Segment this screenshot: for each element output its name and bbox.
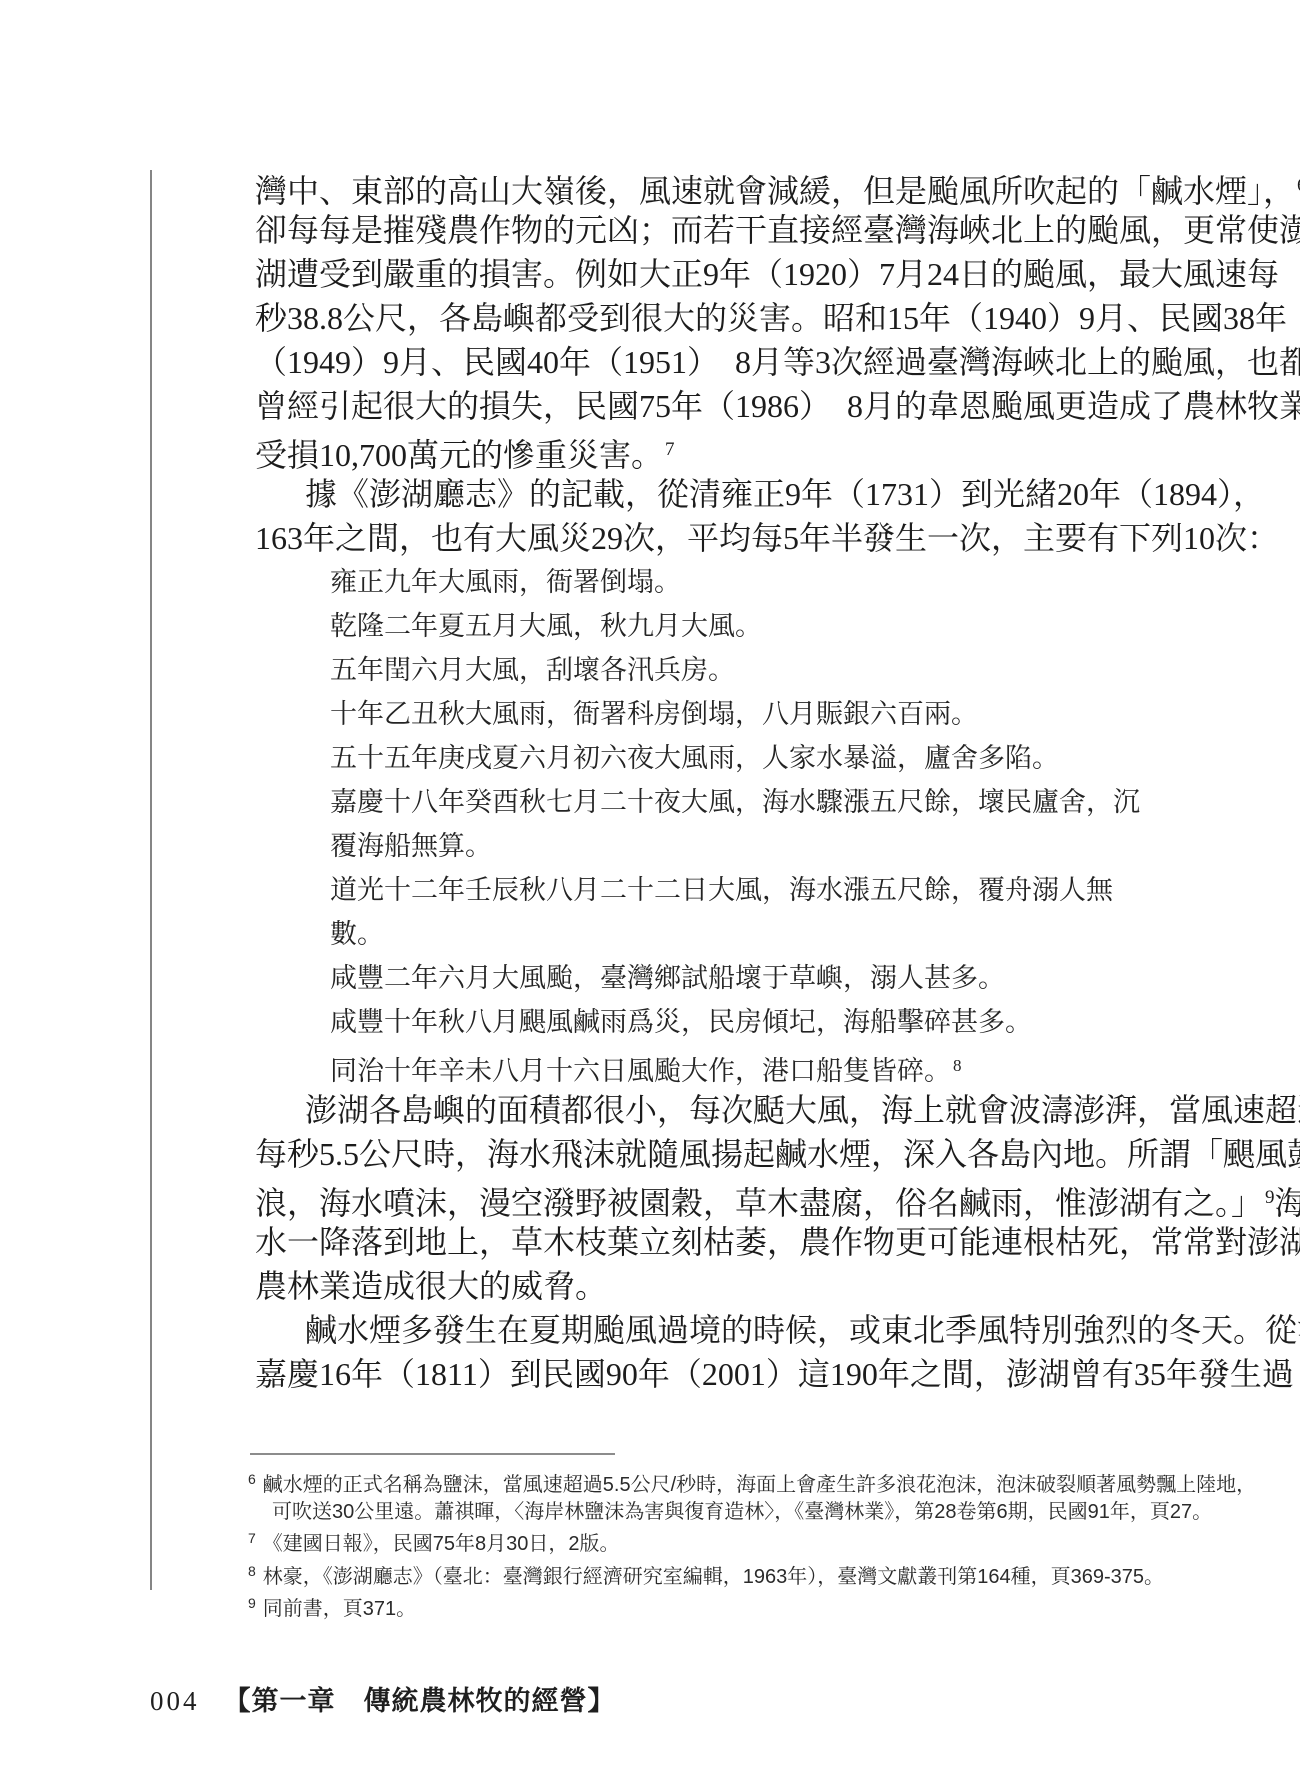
quote-line: 五十五年庚戌夏六月初六夜大風雨，人家水暴溢，廬舍多陷。 <box>255 736 1135 780</box>
text-line: （1949）9月、民國40年（1951） 8月等3次經過臺灣海峽北上的颱風，也都 <box>255 340 1135 384</box>
footnote-text: 可吹送30公里遠。蕭祺暉，〈海岸林鹽沫為害與復育造林〉，《臺灣林業》，第28卷第… <box>272 1501 1212 1523</box>
margin-rule <box>150 170 152 1590</box>
footnote-line: 7《建國日報》，民國75年8月30日，2版。 <box>248 1525 1208 1558</box>
text-line: 嘉慶16年（1811）到民國90年（2001）這190年之間，澎湖曾有35年發生… <box>255 1352 1135 1396</box>
text-line: 農林業造成很大的威脅。 <box>255 1264 1135 1308</box>
footnote-text: 同前書，頁371。 <box>263 1598 416 1620</box>
text-line: 卻每每是摧殘農作物的元凶；而若干直接經臺灣海峽北上的颱風，更常使澎 <box>255 208 1135 252</box>
text-line: 鹹水煙多發生在夏期颱風過境的時候，或東北季風特別強烈的冬天。從清 <box>255 1308 1135 1352</box>
chapter-title: 【第一章 傳統農林牧的經營】 <box>224 1679 616 1718</box>
text-line: 湖遭受到嚴重的損害。例如大正9年（1920）7月24日的颱風，最大風速每 <box>255 252 1135 296</box>
text-column: 灣中、東部的高山大嶺後，風速就會減緩，但是颱風所吹起的「鹹水煙」，6卻每每是摧殘… <box>255 164 1135 1396</box>
quote-line: 覆海船無算。 <box>255 824 1135 868</box>
text-line: 163年之間，也有大風災29次，平均每5年半發生一次，主要有下列10次： <box>255 516 1135 560</box>
footnote-line: 8林豪，《澎湖廳志》（臺北：臺灣銀行經濟研究室編輯，1963年），臺灣文獻叢刊第… <box>248 1558 1208 1591</box>
text-line: 水一降落到地上，草木枝葉立刻枯萎，農作物更可能連根枯死，常常對澎湖的 <box>255 1220 1135 1264</box>
text-line: 灣中、東部的高山大嶺後，風速就會減緩，但是颱風所吹起的「鹹水煙」，6 <box>255 164 1135 208</box>
text-line: 每秒5.5公尺時，海水飛沫就隨風揚起鹹水煙，深入各島內地。所謂「颶風鼓 <box>255 1132 1135 1176</box>
footnote-separator <box>250 1453 615 1455</box>
quote-line: 十年乙丑秋大風雨，衙署科房倒塌，八月賑銀六百兩。 <box>255 692 1135 736</box>
footnote-text: 鹹水煙的正式名稱為鹽沫，當風速超過5.5公尺/秒時，海面上會產生許多浪花泡沫，泡… <box>263 1474 1256 1496</box>
footnote-number: 9 <box>248 1595 256 1611</box>
footnote-text: 林豪，《澎湖廳志》（臺北：臺灣銀行經濟研究室編輯，1963年），臺灣文獻叢刊第1… <box>263 1566 1164 1588</box>
text-line: 秒38.8公尺，各島嶼都受到很大的災害。昭和15年（1940）9月、民國38年 <box>255 296 1135 340</box>
footnote-number: 7 <box>248 1530 256 1546</box>
quote-line: 道光十二年壬辰秋八月二十二日大風，海水漲五尺餘，覆舟溺人無 <box>255 868 1135 912</box>
quote-line: 數。 <box>255 912 1135 956</box>
quote-line: 嘉慶十八年癸酉秋七月二十夜大風，海水驟漲五尺餘，壞民廬舍，沉 <box>255 780 1135 824</box>
quote-line: 雍正九年大風雨，衙署倒塌。 <box>255 560 1135 604</box>
footnotes: 6鹹水煙的正式名稱為鹽沫，當風速超過5.5公尺/秒時，海面上會產生許多浪花泡沫，… <box>248 1466 1208 1623</box>
book-page: 灣中、東部的高山大嶺後，風速就會減緩，但是颱風所吹起的「鹹水煙」，6卻每每是摧殘… <box>0 0 1300 1779</box>
footnote-marker: 8 <box>951 1056 962 1075</box>
footnote-marker: 6 <box>1295 175 1300 196</box>
quote-line: 五年閏六月大風，刮壞各汛兵房。 <box>255 648 1135 692</box>
footnote-line: 6鹹水煙的正式名稱為鹽沫，當風速超過5.5公尺/秒時，海面上會產生許多浪花泡沫，… <box>248 1466 1208 1499</box>
text-line: 受損10,700萬元的慘重災害。7 <box>255 428 1135 472</box>
quote-line: 咸豐二年六月大風颱，臺灣鄉試船壞于草嶼，溺人甚多。 <box>255 956 1135 1000</box>
quote-line: 咸豐十年秋八月颶風鹹雨爲災，民房傾圮，海船擊碎甚多。 <box>255 1000 1135 1044</box>
quote-line: 同治十年辛未八月十六日風颱大作，港口船隻皆碎。8 <box>255 1044 1135 1088</box>
text-line: 據《澎湖廳志》的記載，從清雍正9年（1731）到光緒20年（1894）， <box>255 472 1135 516</box>
text-line: 浪，海水噴沫，漫空潑野被園穀，草木盡腐，俗名鹹雨，惟澎湖有之。」9海 <box>255 1176 1135 1220</box>
quote-line: 乾隆二年夏五月大風，秋九月大風。 <box>255 604 1135 648</box>
text-line: 澎湖各島嶼的面積都很小，每次颳大風，海上就會波濤澎湃，當風速超過 <box>255 1088 1135 1132</box>
footnote-number: 6 <box>248 1471 256 1487</box>
page-footer: 004 【第一章 傳統農林牧的經營】 <box>150 1679 616 1718</box>
text-line: 曾經引起很大的損失，民國75年（1986） 8月的韋恩颱風更造成了農林牧業 <box>255 384 1135 428</box>
footnote-marker: 9 <box>1263 1187 1275 1208</box>
page-number: 004 <box>150 1686 200 1717</box>
footnote-number: 8 <box>248 1563 256 1579</box>
footnote-marker: 7 <box>663 439 675 460</box>
footnote-text: 《建國日報》，民國75年8月30日，2版。 <box>263 1533 620 1555</box>
footnote-line: 可吹送30公里遠。蕭祺暉，〈海岸林鹽沫為害與復育造林〉，《臺灣林業》，第28卷第… <box>248 1499 1208 1526</box>
footnote-line: 9同前書，頁371。 <box>248 1590 1208 1623</box>
